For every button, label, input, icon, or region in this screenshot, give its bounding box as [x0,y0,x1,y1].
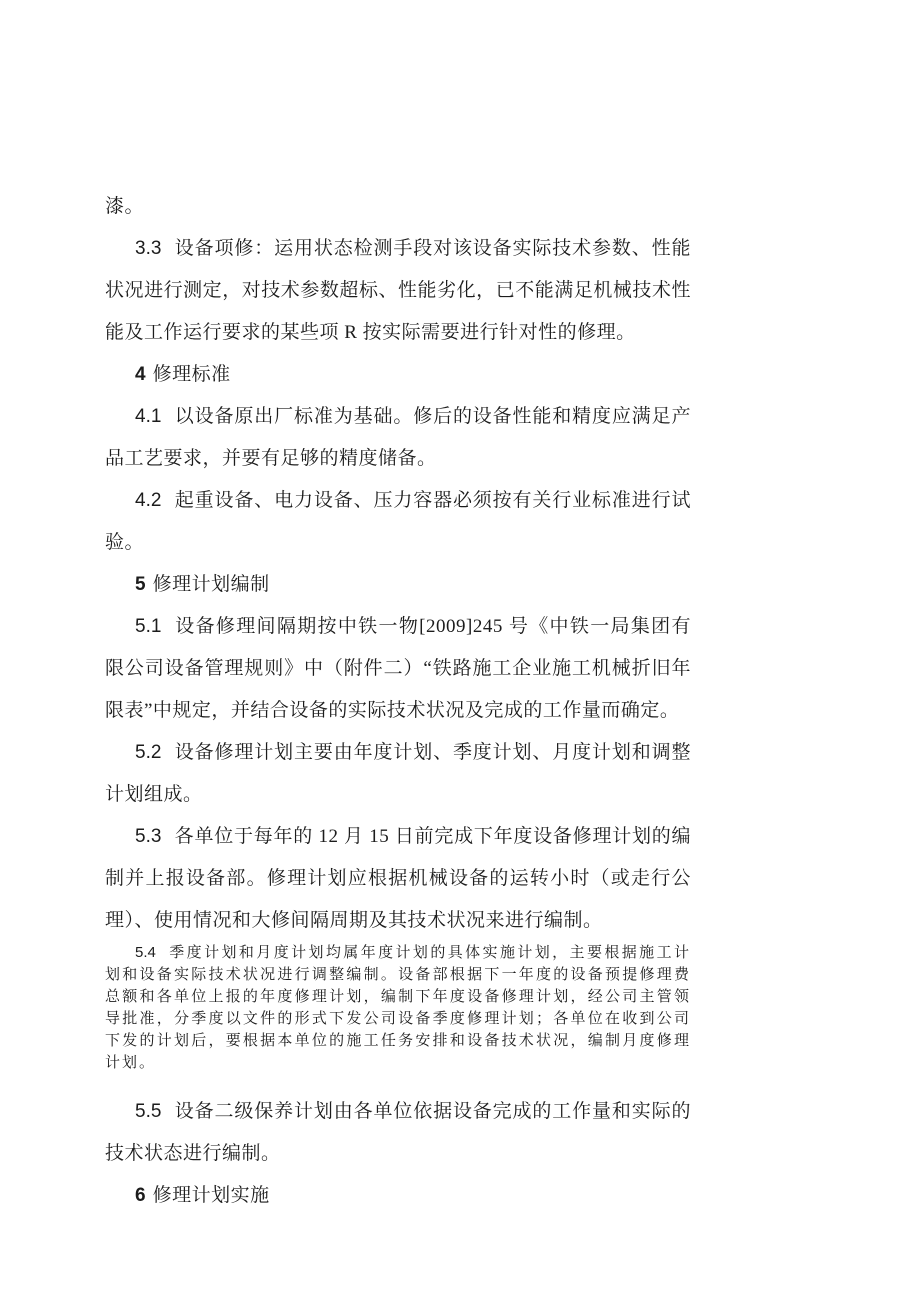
clause-text: 季度计划和月度计划均属年度计划的具体实施计划，主要根据施工计划和设备实际技术状况… [105,945,691,1071]
clause-text: 以设备原出厂标准为基础。修后的设备性能和精度应满足产品工艺要求，并要有足够的精度… [105,406,691,469]
clause-text: 各单位于每年的 12 月 15 日前完成下年度设备修理计划的编制并上报设备部。修… [105,826,691,931]
clause-number: 4.1 [135,406,161,427]
clause-number: 5.2 [135,742,161,763]
paragraph-5-4: 5.4季度计划和月度计划均属年度计划的具体实施计划，主要根据施工计划和设备实际技… [105,942,691,1074]
clause-number: 5.1 [135,616,161,637]
document-page: 漆。3.3设备项修：运用状态检测手段对该设备实际技术参数、性能状况进行测定，对技… [0,0,920,1301]
clause-text: 设备修理计划主要由年度计划、季度计划、月度计划和调整计划组成。 [105,742,691,805]
clause-text: 漆。 [105,196,144,217]
section-heading-6: 6修理计划实施 [105,1175,691,1217]
paragraph-3-3: 3.3设备项修：运用状态检测手段对该设备实际技术参数、性能状况进行测定，对技术参… [105,228,691,354]
document-content: 漆。3.3设备项修：运用状态检测手段对该设备实际技术参数、性能状况进行测定，对技… [105,186,691,1217]
paragraph-5-5: 5.5设备二级保养计划由各单位依据设备完成的工作量和实际的技术状态进行编制。 [105,1091,691,1175]
paragraph-5-1: 5.1设备修理间隔期按中铁一物[2009]245 号《中铁一局集团有限公司设备管… [105,606,691,732]
paragraph-continuation-0: 漆。 [105,186,691,228]
section-heading-5: 5修理计划编制 [105,564,691,606]
clause-number: 5 [135,574,146,595]
heading-text: 修理计划实施 [153,1185,270,1206]
clause-number: 4 [135,364,146,385]
clause-number: 3.3 [135,238,161,259]
paragraph-5-3: 5.3各单位于每年的 12 月 15 日前完成下年度设备修理计划的编制并上报设备… [105,816,691,942]
clause-number: 5.3 [135,826,161,847]
section-heading-4: 4修理标准 [105,354,691,396]
paragraph-4-2: 4.2起重设备、电力设备、压力容器必须按有关行业标准进行试验。 [105,480,691,564]
paragraph-4-1: 4.1以设备原出厂标准为基础。修后的设备性能和精度应满足产品工艺要求，并要有足够… [105,396,691,480]
clause-text: 设备项修：运用状态检测手段对该设备实际技术参数、性能状况进行测定，对技术参数超标… [105,238,691,343]
paragraph-5-2: 5.2设备修理计划主要由年度计划、季度计划、月度计划和调整计划组成。 [105,732,691,816]
clause-number: 5.4 [135,944,156,961]
clause-text: 设备二级保养计划由各单位依据设备完成的工作量和实际的技术状态进行编制。 [105,1101,691,1164]
heading-text: 修理标准 [153,364,231,385]
clause-text: 起重设备、电力设备、压力容器必须按有关行业标准进行试验。 [105,490,691,553]
clause-text: 设备修理间隔期按中铁一物[2009]245 号《中铁一局集团有限公司设备管理规则… [105,616,691,721]
heading-text: 修理计划编制 [153,574,270,595]
clause-number: 4.2 [135,490,161,511]
clause-number: 5.5 [135,1101,161,1122]
clause-number: 6 [135,1185,146,1206]
